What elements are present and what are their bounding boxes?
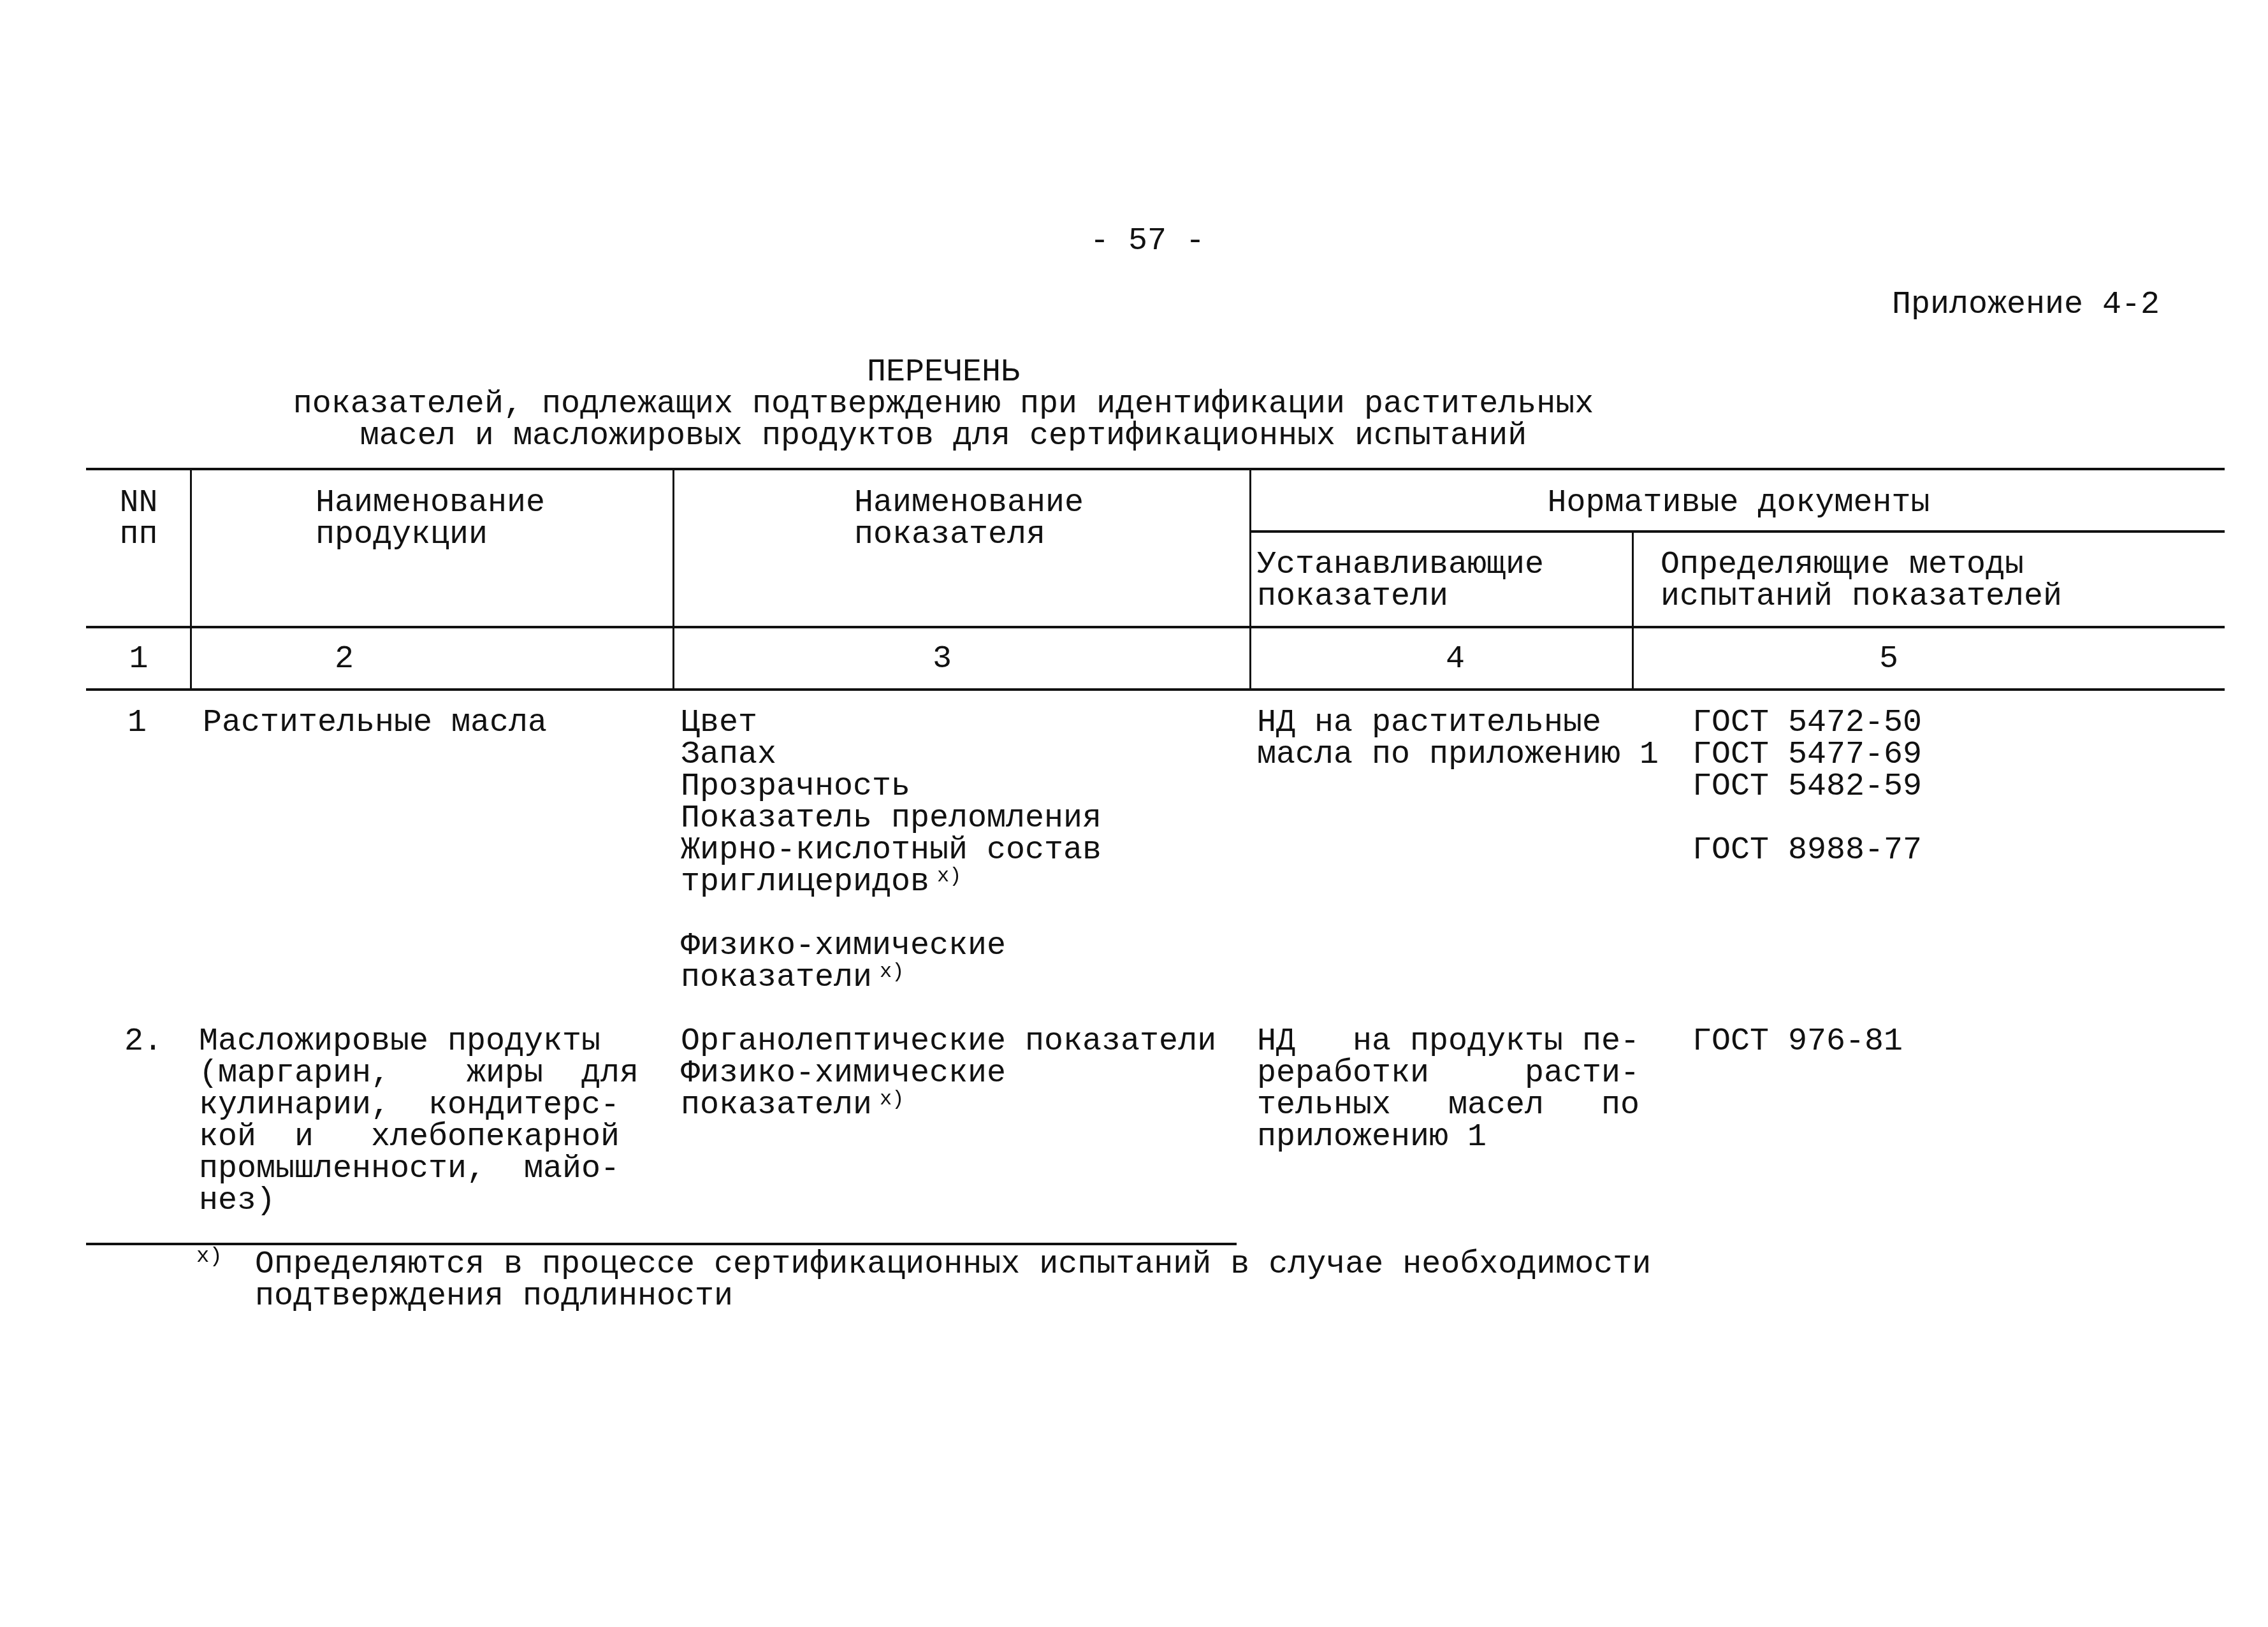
- footnote-rule: [86, 1243, 1237, 1245]
- method-standard: ГОСТ 976-81: [1692, 1026, 1903, 1058]
- indicator-item: триглицеридовx): [681, 867, 1101, 899]
- row-product: Масложировые продукты(маргарин, жиры для…: [199, 1026, 639, 1217]
- indicator-item: Прозрачность: [681, 771, 1101, 803]
- header-normative-group: Нормативые документы: [1253, 488, 2225, 519]
- product-line: (маргарин, жиры для: [199, 1058, 639, 1090]
- product-line: нез): [199, 1185, 639, 1217]
- indicator-item: Жирно-кислотный состав: [681, 835, 1101, 867]
- product-line: кулинарии, кондитерс-: [199, 1090, 639, 1122]
- colnum-5: 5: [1634, 644, 2144, 676]
- footnote-mark: x): [196, 1246, 222, 1268]
- product-line: кой и хлебопекарной: [199, 1122, 639, 1153]
- product-line: Масложировые продукты: [199, 1026, 639, 1058]
- method-standard: ГОСТ 5472-50: [1692, 707, 1922, 739]
- header-methods: Определяющие методы испытаний показателе…: [1661, 549, 2062, 613]
- title-line-2: показателей, подлежащих подтверждению пр…: [210, 389, 1676, 421]
- header-num: NN пп: [89, 488, 188, 551]
- establishing-line: НД на продукты пе-: [1257, 1026, 1639, 1058]
- row-methods: ГОСТ 5472-50ГОСТ 5477-69ГОСТ 5482-59ГОСТ…: [1692, 707, 1922, 867]
- row-establishing: НД на продукты пе-реработки расти-тельны…: [1257, 1026, 1639, 1153]
- footnote-line-1: Определяются в процессе сертификационных…: [255, 1249, 1651, 1281]
- title-line-3: масел и масложировых продуктов для серти…: [210, 421, 1676, 452]
- row-methods: ГОСТ 976-81: [1692, 1026, 1903, 1058]
- indicator-item: Физико-химические: [681, 930, 1101, 962]
- row-establishing: НД на растительные масла по приложению 1: [1257, 707, 1659, 771]
- product-line: промышленности, майо-: [199, 1153, 639, 1185]
- establishing-line: приложению 1: [1257, 1122, 1639, 1153]
- indicator-item: Физико-химические: [681, 1058, 1216, 1090]
- indicator-item: Запах: [681, 739, 1101, 771]
- appendix-label: Приложение 4-2: [1892, 287, 2160, 323]
- footnote-line-2: подтверждения подлинности: [255, 1281, 733, 1313]
- page-number: - 57 -: [1084, 223, 1211, 259]
- indicator-item: Органолептические показатели: [681, 1026, 1216, 1058]
- header-product: Наименование продукции: [316, 488, 545, 551]
- colnum-4: 4: [1251, 644, 1659, 676]
- indicator-item: [681, 899, 1101, 930]
- establishing-line: тельных масел по: [1257, 1090, 1639, 1122]
- footnote-mark: x): [937, 864, 961, 888]
- indicator-item: Цвет: [681, 707, 1101, 739]
- header-indicator: Наименование показателя: [854, 488, 1084, 551]
- header-bottom-rule: [86, 626, 2225, 628]
- method-standard: ГОСТ 8988-77: [1692, 835, 1922, 867]
- colnum-3: 3: [674, 644, 1210, 676]
- indicator-item: показателиx): [681, 962, 1101, 994]
- colnum-1: 1: [89, 644, 188, 676]
- row-indicators: Органолептические показателиФизико-химич…: [681, 1026, 1216, 1122]
- table-top-rule: [86, 468, 2225, 470]
- title-line-1: ПЕРЕЧЕНЬ: [210, 357, 1676, 389]
- method-standard: ГОСТ 5482-59: [1692, 771, 1922, 803]
- method-standard: [1692, 803, 1922, 835]
- footnote-mark: x): [880, 960, 904, 983]
- establishing-line: реработки расти-: [1257, 1058, 1639, 1090]
- group-header-rule: [1249, 530, 2225, 533]
- row-num: 1: [127, 707, 147, 739]
- row-product: Растительные масла: [203, 707, 547, 739]
- column-numbers-rule: [86, 688, 2225, 691]
- document-title: ПЕРЕЧЕНЬ показателей, подлежащих подтвер…: [210, 357, 1676, 452]
- row-indicators: ЦветЗапахПрозрачностьПоказатель преломле…: [681, 707, 1101, 994]
- footnote-mark: x): [880, 1087, 904, 1111]
- colnum-2: 2: [191, 644, 497, 676]
- indicator-item: Показатель преломления: [681, 803, 1101, 835]
- indicator-item: показателиx): [681, 1090, 1216, 1122]
- header-establishing: Устанавливающие показатели: [1257, 549, 1544, 613]
- row-num: 2.: [124, 1026, 163, 1058]
- method-standard: ГОСТ 5477-69: [1692, 739, 1922, 771]
